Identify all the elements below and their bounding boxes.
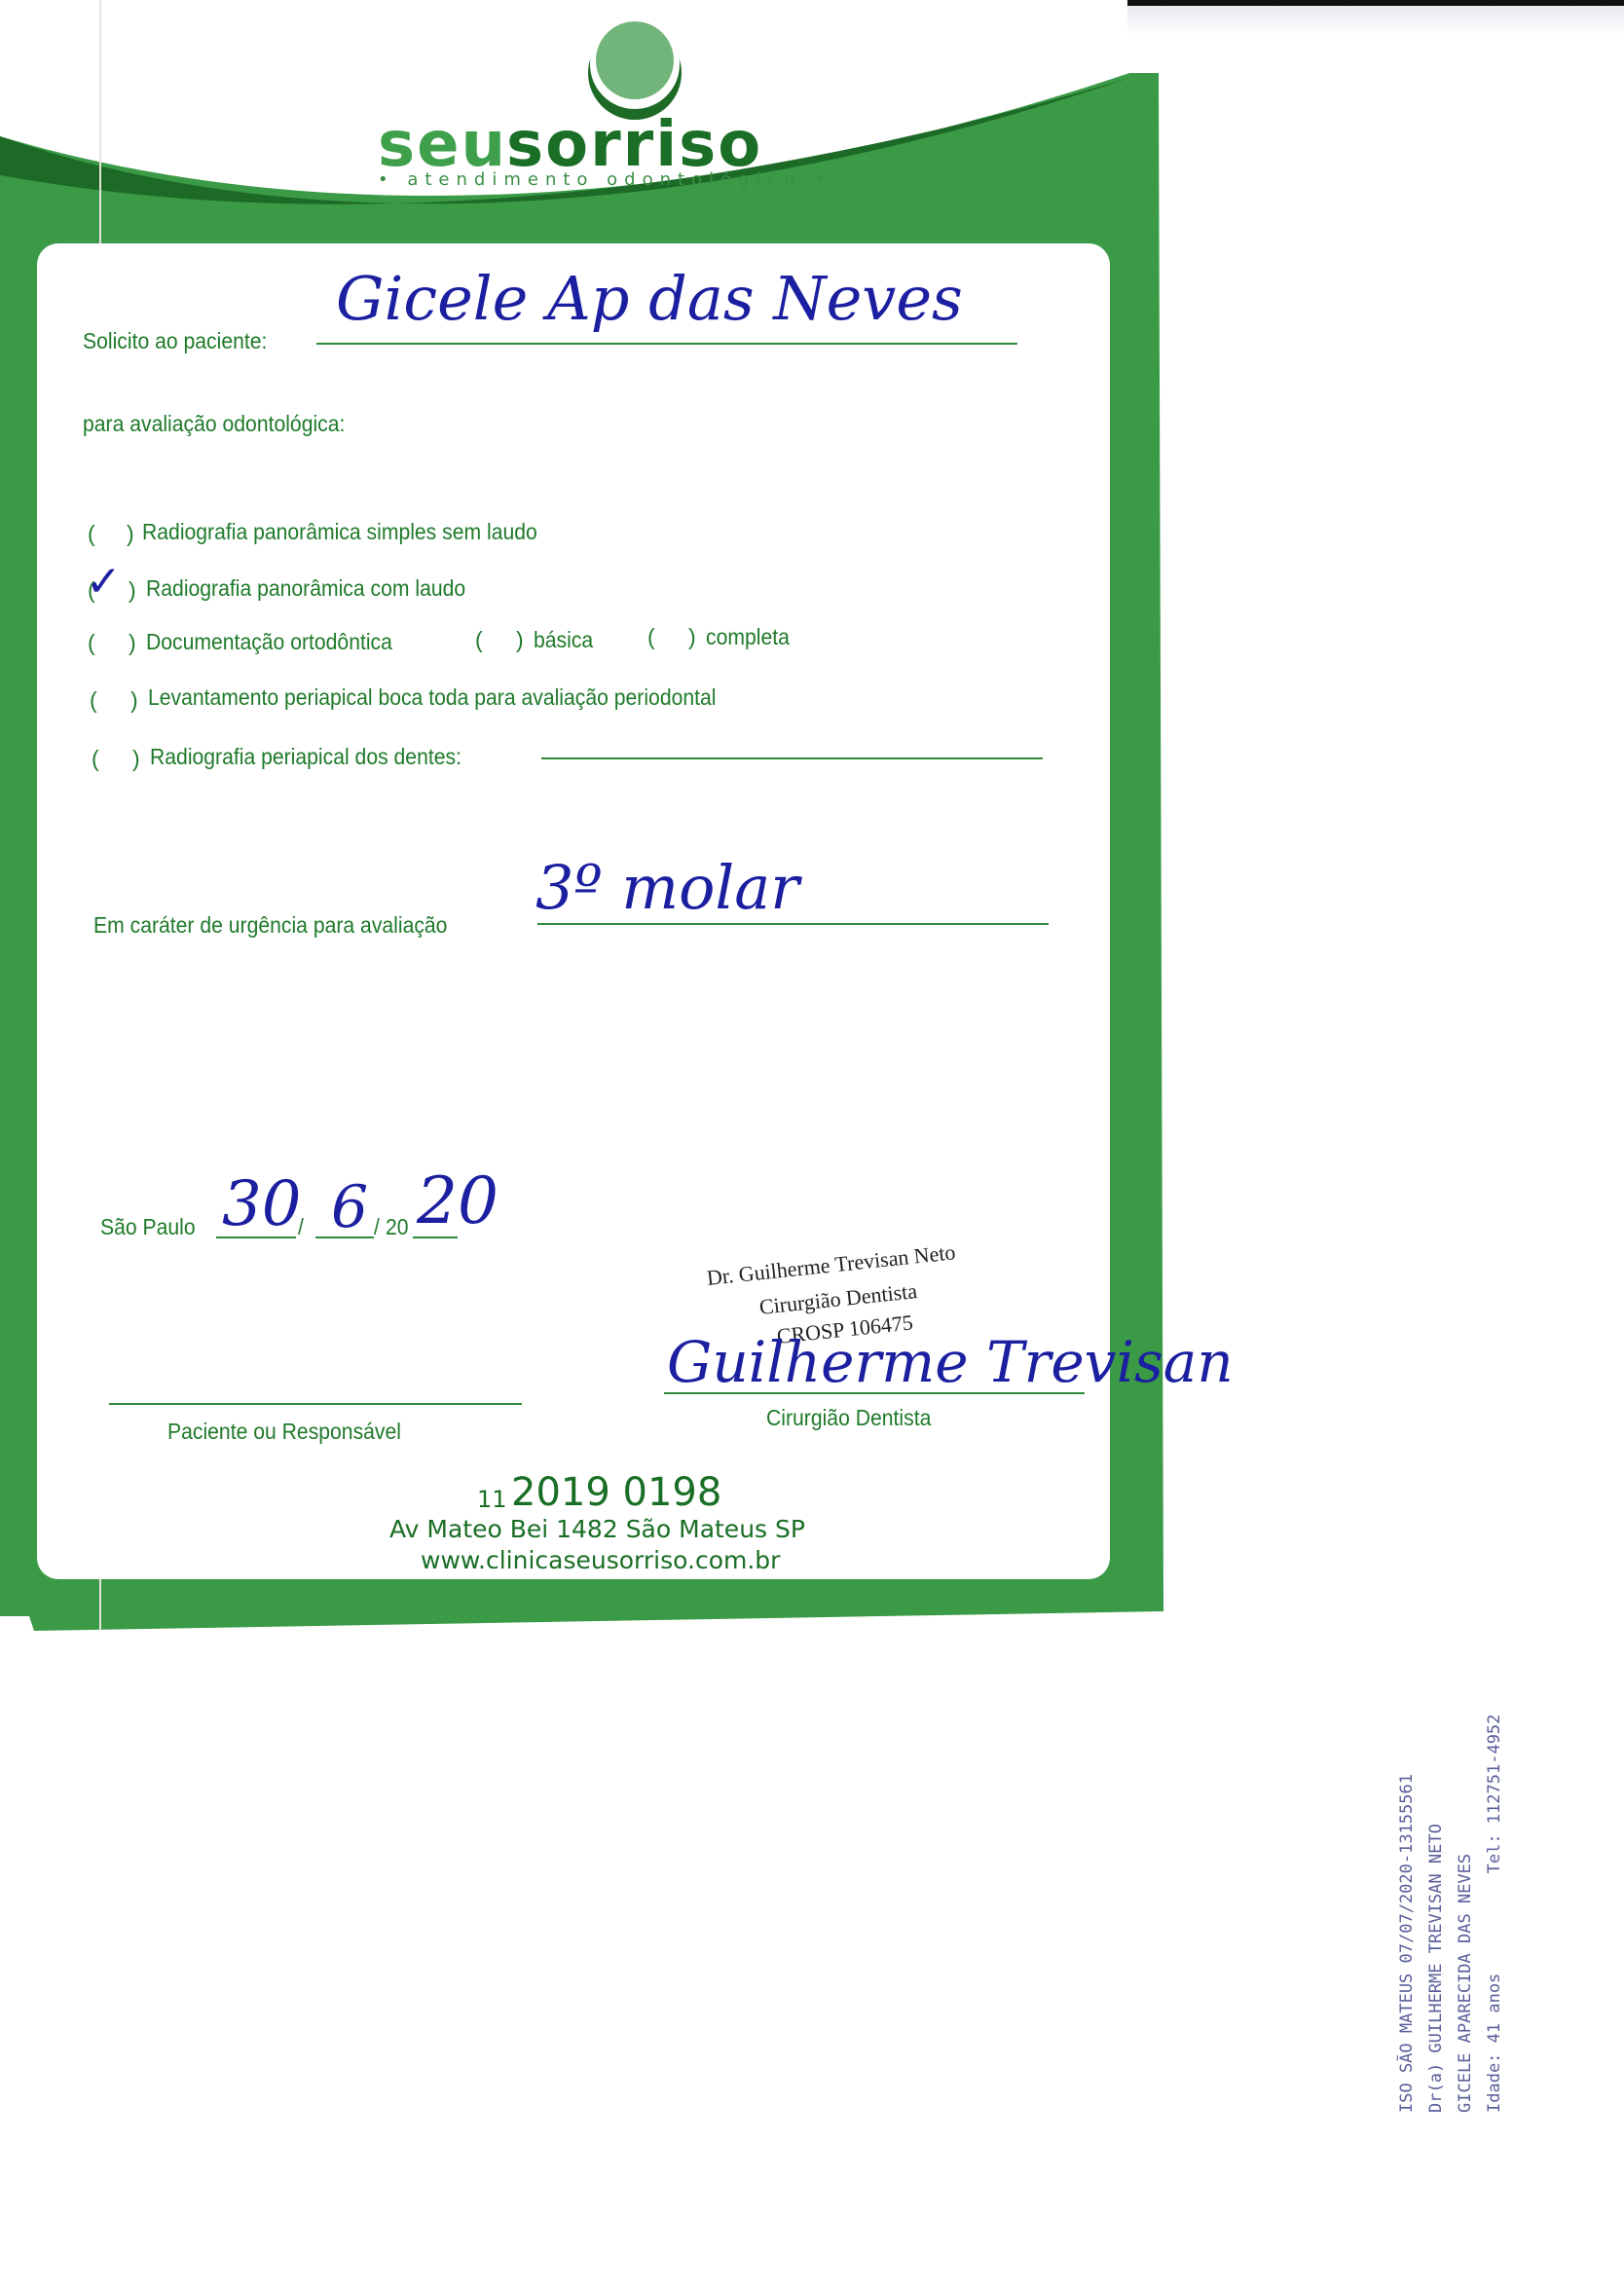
- checkbox-open: (: [90, 687, 97, 714]
- clinic-address: Av Mateo Bei 1482 São Mateus SP: [389, 1515, 805, 1543]
- patient-name-handwritten[interactable]: Gicele Ap das Neves: [336, 263, 963, 334]
- year-prefix: 20: [386, 1214, 409, 1240]
- phone-number: 2019 0198: [511, 1470, 721, 1515]
- day-handwritten[interactable]: 30: [222, 1168, 301, 1240]
- stamp-line-1: ISO SÃO MATEUS 07/07/2020-13155561: [1392, 1715, 1421, 2113]
- month-handwritten[interactable]: 6: [331, 1173, 368, 1241]
- checkbox-close: ): [132, 746, 140, 772]
- urgency-handwritten[interactable]: 3º molar: [535, 852, 799, 923]
- dentist-signature-label: Cirurgião Dentista: [766, 1405, 931, 1431]
- checkbox-close: ): [688, 624, 696, 650]
- date-sep: /: [374, 1214, 380, 1240]
- scan-shadow: [1127, 6, 1624, 35]
- city-label: São Paulo: [100, 1214, 196, 1240]
- checkbox-open: (: [92, 746, 99, 772]
- urgency-line: [537, 923, 1049, 925]
- phone-prefix: 11: [477, 1472, 507, 1517]
- patient-line: [316, 343, 1017, 345]
- checkbox-open[interactable]: (: [647, 624, 655, 650]
- purpose-label: para avaliação odontológica:: [83, 411, 345, 437]
- checkbox-close: ): [516, 627, 524, 653]
- urgency-label: Em caráter de urgência para avaliação: [93, 912, 447, 939]
- sub-option-basic: básica: [534, 627, 593, 653]
- patient-label: Solicito ao paciente:: [83, 328, 267, 354]
- dentist-signature-handwritten: Guilherme Trevisan: [667, 1329, 1234, 1395]
- checkbox-open: (: [88, 521, 95, 547]
- teeth-input-line[interactable]: [541, 757, 1043, 759]
- checkbox-close: ): [129, 577, 136, 604]
- option-label: Radiografia panorâmica simples sem laudo: [142, 519, 537, 545]
- receipt-stamp: ISO SÃO MATEUS 07/07/2020-13155561 Dr(a)…: [1392, 1715, 1509, 2113]
- patient-signature-label: Paciente ou Responsável: [167, 1419, 401, 1445]
- stamp-line-4: Idade: 41 anos Tel: 112751-4952: [1480, 1715, 1509, 2113]
- checkbox-close: ): [127, 521, 134, 547]
- dentist-signature-line: [664, 1392, 1085, 1394]
- option-label: Levantamento periapical boca toda para a…: [148, 684, 716, 711]
- checkbox-close: ): [129, 630, 136, 656]
- option-label: Radiografia periapical dos dentes:: [150, 744, 461, 770]
- stamp-line-2: Dr(a) GUILHERME TREVISAN NETO: [1421, 1715, 1451, 2113]
- checkbox-close: ): [130, 687, 138, 714]
- checkbox-open: (: [88, 630, 95, 656]
- patient-signature-line: [109, 1403, 522, 1405]
- sub-option-complete: completa: [706, 624, 790, 650]
- checkbox-open[interactable]: (: [475, 627, 483, 653]
- option-label: Radiografia panorâmica com laudo: [146, 575, 465, 602]
- check-mark-icon: ✓: [86, 557, 122, 607]
- clinic-website[interactable]: www.clinicaseusorriso.com.br: [421, 1546, 780, 1574]
- option-label: Documentação ortodôntica: [146, 629, 392, 655]
- year-handwritten[interactable]: 20: [417, 1163, 498, 1238]
- brand-tagline: • atendimento odontológico •: [378, 169, 831, 190]
- referral-form-card: seu sorriso • atendimento odontológico •…: [0, 0, 1163, 1631]
- stamp-line-3: GICELE APARECIDA DAS NEVES: [1451, 1715, 1480, 2113]
